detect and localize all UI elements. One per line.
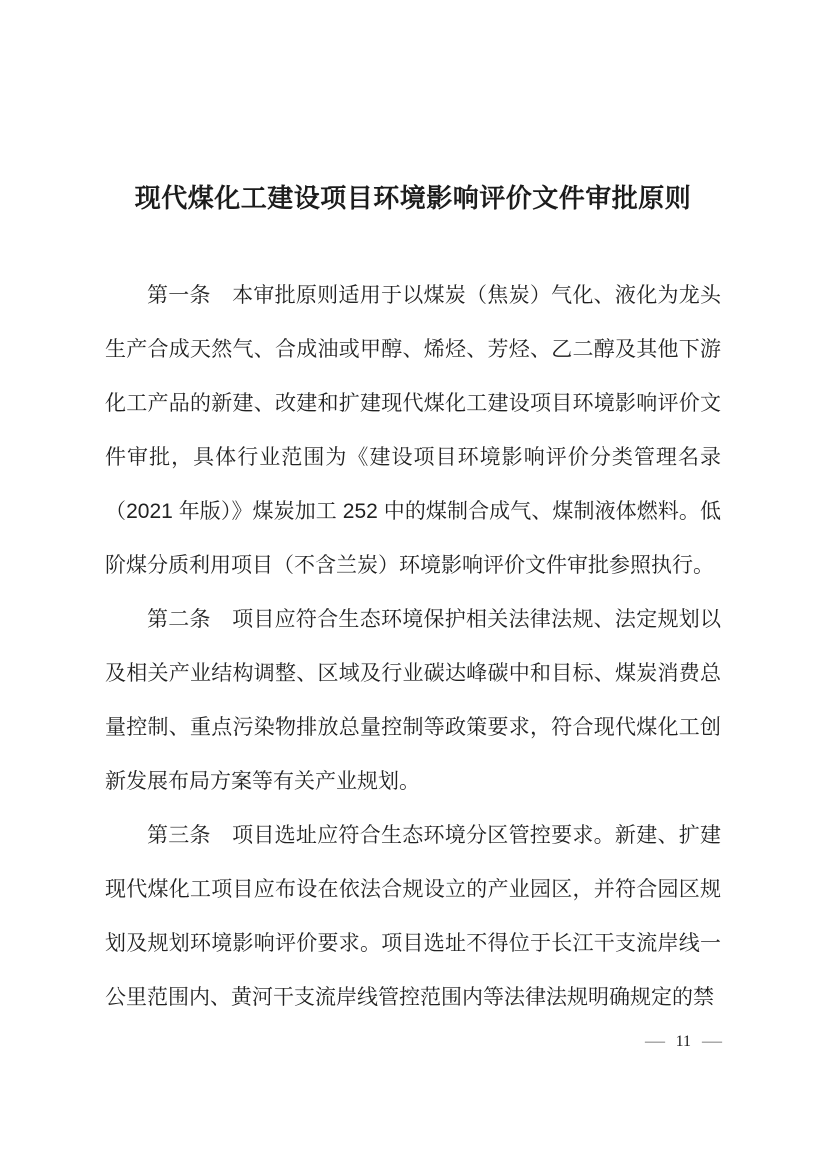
paragraph-article-3: 第三条 项目选址应符合生态环境分区管控要求。新建、扩建现代煤化工项目应布设在依法… <box>105 809 721 1025</box>
paragraph-article-2: 第二条 项目应符合生态环境保护相关法律法规、法定规划以及相关产业结构调整、区域及… <box>105 593 721 809</box>
document-page: 现代煤化工建设项目环境影响评价文件审批原则 第一条 本审批原则适用于以煤炭（焦炭… <box>0 0 826 1169</box>
footer-dash-right: — <box>702 1033 722 1051</box>
document-title: 现代煤化工建设项目环境影响评价文件审批原则 <box>0 0 826 213</box>
paragraph-article-1: 第一条 本审批原则适用于以煤炭（焦炭）气化、液化为龙头生产合成天然气、合成油或甲… <box>105 269 721 593</box>
page-number: 11 <box>676 1033 691 1051</box>
page-footer: — 11 — <box>647 1033 720 1051</box>
footer-dash-left: — <box>645 1033 665 1051</box>
document-body: 第一条 本审批原则适用于以煤炭（焦炭）气化、液化为龙头生产合成天然气、合成油或甲… <box>105 269 721 1025</box>
